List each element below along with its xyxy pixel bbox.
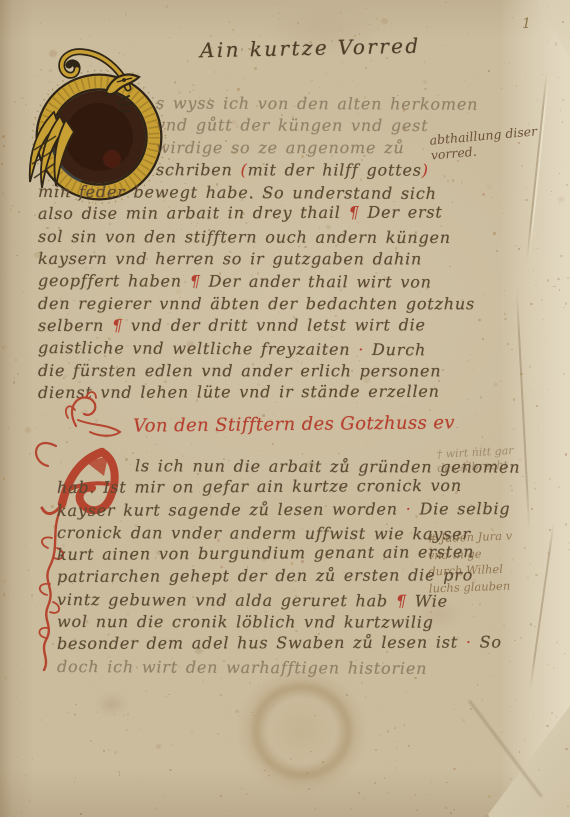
folio-number: 1 bbox=[522, 16, 531, 32]
textline: den regierer vnnd äbten der bedachten go… bbox=[38, 293, 448, 316]
textline: patriarchen gehept der den zů ersten die… bbox=[57, 565, 457, 589]
textline: selbern ¶ vnd der dritt vnnd letst wirt … bbox=[38, 314, 448, 337]
preface-text-block: s wyss ich von den alten herkomenvnd gůt… bbox=[38, 92, 448, 404]
textline: s wyss ich von den alten herkomen bbox=[38, 92, 448, 116]
textline: also dise min arbait in drey thail ¶ Der… bbox=[38, 202, 448, 226]
textline: besonder dem adel hus Swaben zů lesen is… bbox=[57, 632, 457, 656]
textline: geopffert haben ¶ Der ander thail wirt v… bbox=[38, 270, 448, 294]
preface-heading: Ain kurtze Vorred bbox=[200, 34, 421, 63]
textline: kayser kurt sagende zů lesen worden · Di… bbox=[57, 498, 457, 522]
manuscript-page: 1 Ain kurtze Vorred abthaillun bbox=[0, 0, 570, 817]
textline: vnd gůtt der küngen vnd gest bbox=[38, 114, 448, 137]
textline: kurt ainen von burgundium genant ain ers… bbox=[57, 541, 457, 566]
section-text-block: ls ich nun die arbait zů gründen genomen… bbox=[57, 455, 457, 678]
textline: kaysern vnd herren so ir gutzgaben dahin bbox=[38, 248, 448, 271]
textline: hab. Ist mir on gefar ain kurtze cronick… bbox=[57, 475, 457, 499]
textline: wirdige so ze angenome zů bbox=[38, 137, 448, 160]
textline: sol sin von den stifftern ouch andern kü… bbox=[38, 226, 448, 249]
textline: doch ich wirt den warhafftigen historien bbox=[57, 656, 457, 680]
textline: gaistliche vnd weltliche freyzaiten · Du… bbox=[38, 337, 448, 362]
textline: schriben (mit der hilff gottes) bbox=[38, 159, 448, 182]
rubric-section-heading: Von den Stifftern des Gotzhuss ev bbox=[133, 412, 455, 436]
textline: die fürsten edlen vnd ander erlich perso… bbox=[38, 360, 448, 383]
textline: vintz gebuwen vnd alda geruret hab ¶ Wie bbox=[57, 589, 457, 613]
textline: wol nun die cronik löblich vnd kurtzwili… bbox=[57, 611, 457, 634]
